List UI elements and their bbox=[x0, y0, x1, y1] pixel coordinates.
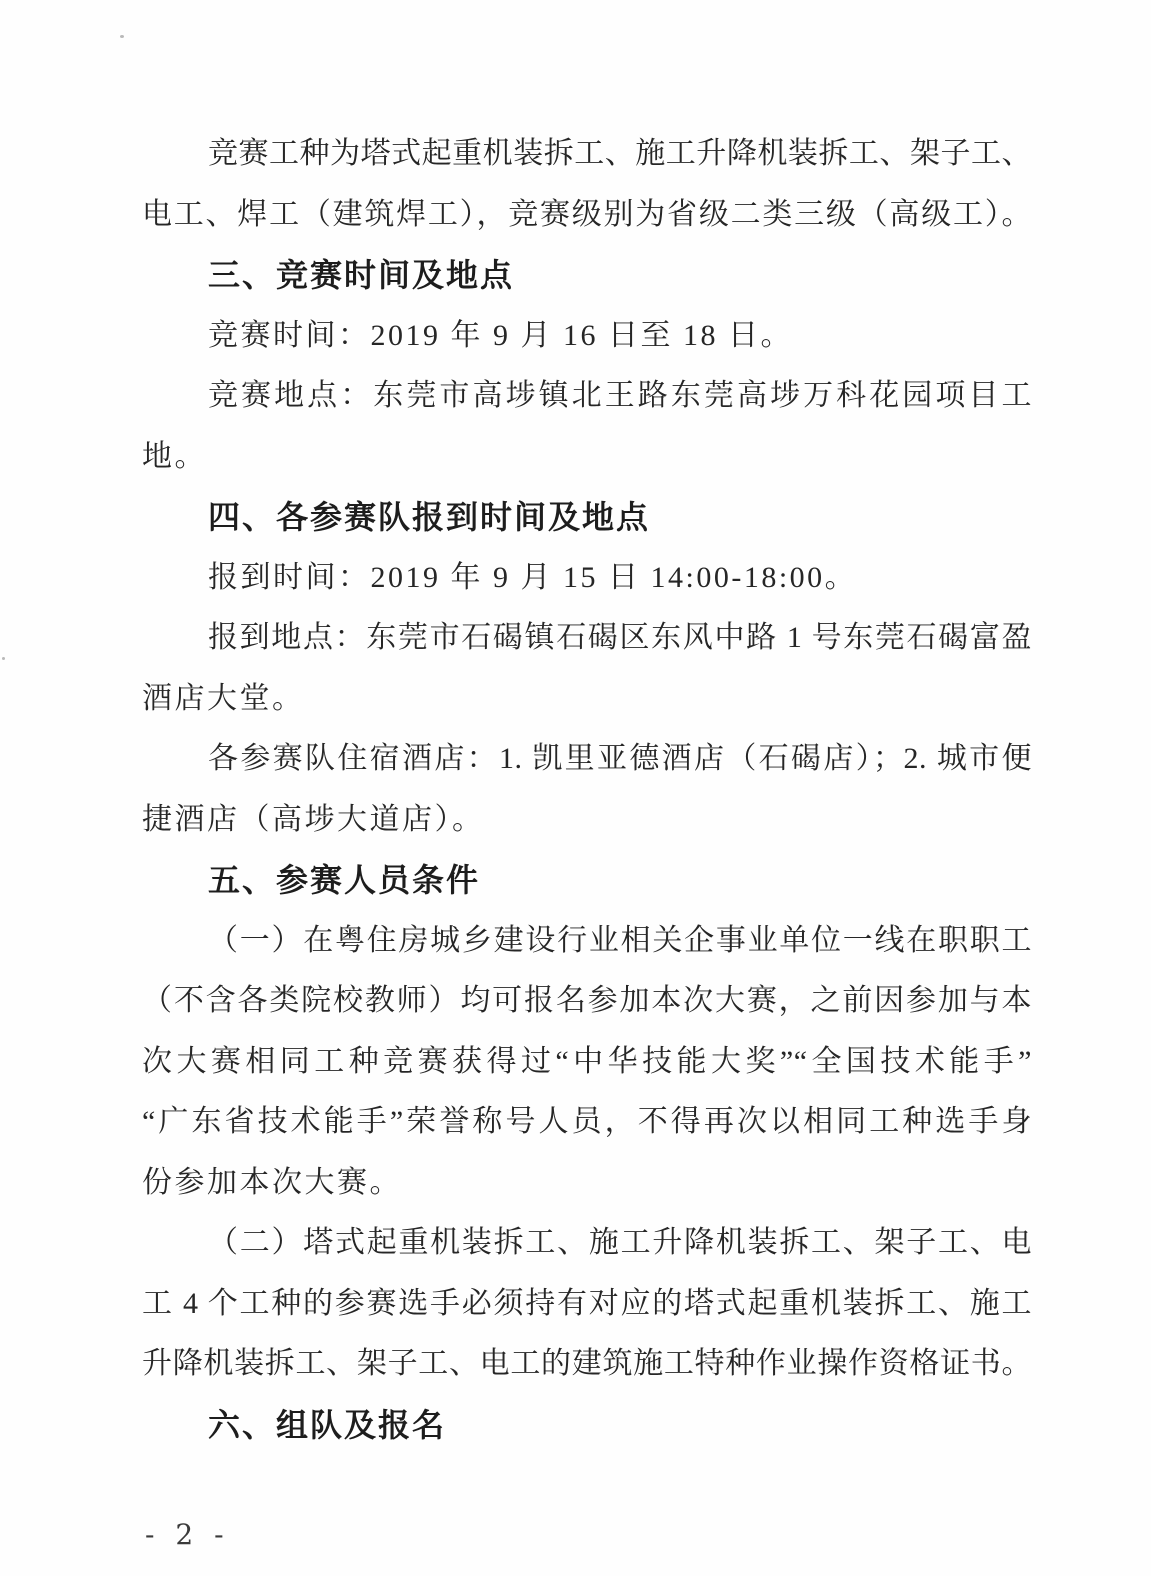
section-3-heading: 三、竞赛时间及地点 bbox=[142, 245, 1032, 306]
page-number: - 2 - bbox=[145, 1518, 230, 1551]
condition-2-line-2: 工 4 个工种的参赛选手必须持有对应的塔式起重机装拆工、施工 bbox=[142, 1274, 1032, 1335]
competition-venue-line-1: 竞赛地点：东莞市高埗镇北王路东莞高埗万科花园项目工 bbox=[142, 366, 1032, 427]
checkin-venue-line-2: 酒店大堂。 bbox=[142, 669, 1032, 730]
section-4-heading: 四、各参赛队报到时间及地点 bbox=[142, 487, 1032, 548]
condition-1-line-3: 次大赛相同工种竞赛获得过“中华技能大奖”“全国技术能手” bbox=[142, 1032, 1032, 1093]
competition-venue-line-2: 地。 bbox=[142, 427, 1032, 488]
scan-speck bbox=[2, 657, 5, 660]
intro-line-1: 竞赛工种为塔式起重机装拆工、施工升降机装拆工、架子工、 bbox=[142, 124, 1032, 185]
condition-2-line-3: 升降机装拆工、架子工、电工的建筑施工特种作业操作资格证书。 bbox=[142, 1334, 1032, 1395]
scan-speck bbox=[120, 35, 124, 38]
checkin-venue-line-1: 报到地点：东莞市石碣镇石碣区东风中路 1 号东莞石碣富盈 bbox=[142, 608, 1032, 669]
section-5-heading: 五、参赛人员条件 bbox=[142, 850, 1032, 911]
intro-line-2: 电工、焊工（建筑焊工），竞赛级别为省级二类三级（高级工）。 bbox=[142, 185, 1032, 246]
document-page: 竞赛工种为塔式起重机装拆工、施工升降机装拆工、架子工、电工、焊工（建筑焊工），竞… bbox=[0, 0, 1151, 1576]
document-body: 竞赛工种为塔式起重机装拆工、施工升降机装拆工、架子工、电工、焊工（建筑焊工），竞… bbox=[142, 124, 1032, 1455]
checkin-time-line: 报到时间：2019 年 9 月 15 日 14:00-18:00。 bbox=[142, 548, 1032, 609]
condition-2-line-1: （二）塔式起重机装拆工、施工升降机装拆工、架子工、电 bbox=[142, 1213, 1032, 1274]
hotels-line-2: 捷酒店（高埗大道店）。 bbox=[142, 790, 1032, 851]
hotels-line-1: 各参赛队住宿酒店：1. 凯里亚德酒店（石碣店）；2. 城市便 bbox=[142, 729, 1032, 790]
condition-1-line-1: （一）在粤住房城乡建设行业相关企事业单位一线在职职工 bbox=[142, 911, 1032, 972]
condition-1-line-4: “广东省技术能手”荣誉称号人员，不得再次以相同工种选手身 bbox=[142, 1092, 1032, 1153]
competition-time-line: 竞赛时间：2019 年 9 月 16 日至 18 日。 bbox=[142, 306, 1032, 367]
section-6-heading: 六、组队及报名 bbox=[142, 1395, 1032, 1456]
condition-1-line-5: 份参加本次大赛。 bbox=[142, 1153, 1032, 1214]
condition-1-line-2: （不含各类院校教师）均可报名参加本次大赛，之前因参加与本 bbox=[142, 971, 1032, 1032]
